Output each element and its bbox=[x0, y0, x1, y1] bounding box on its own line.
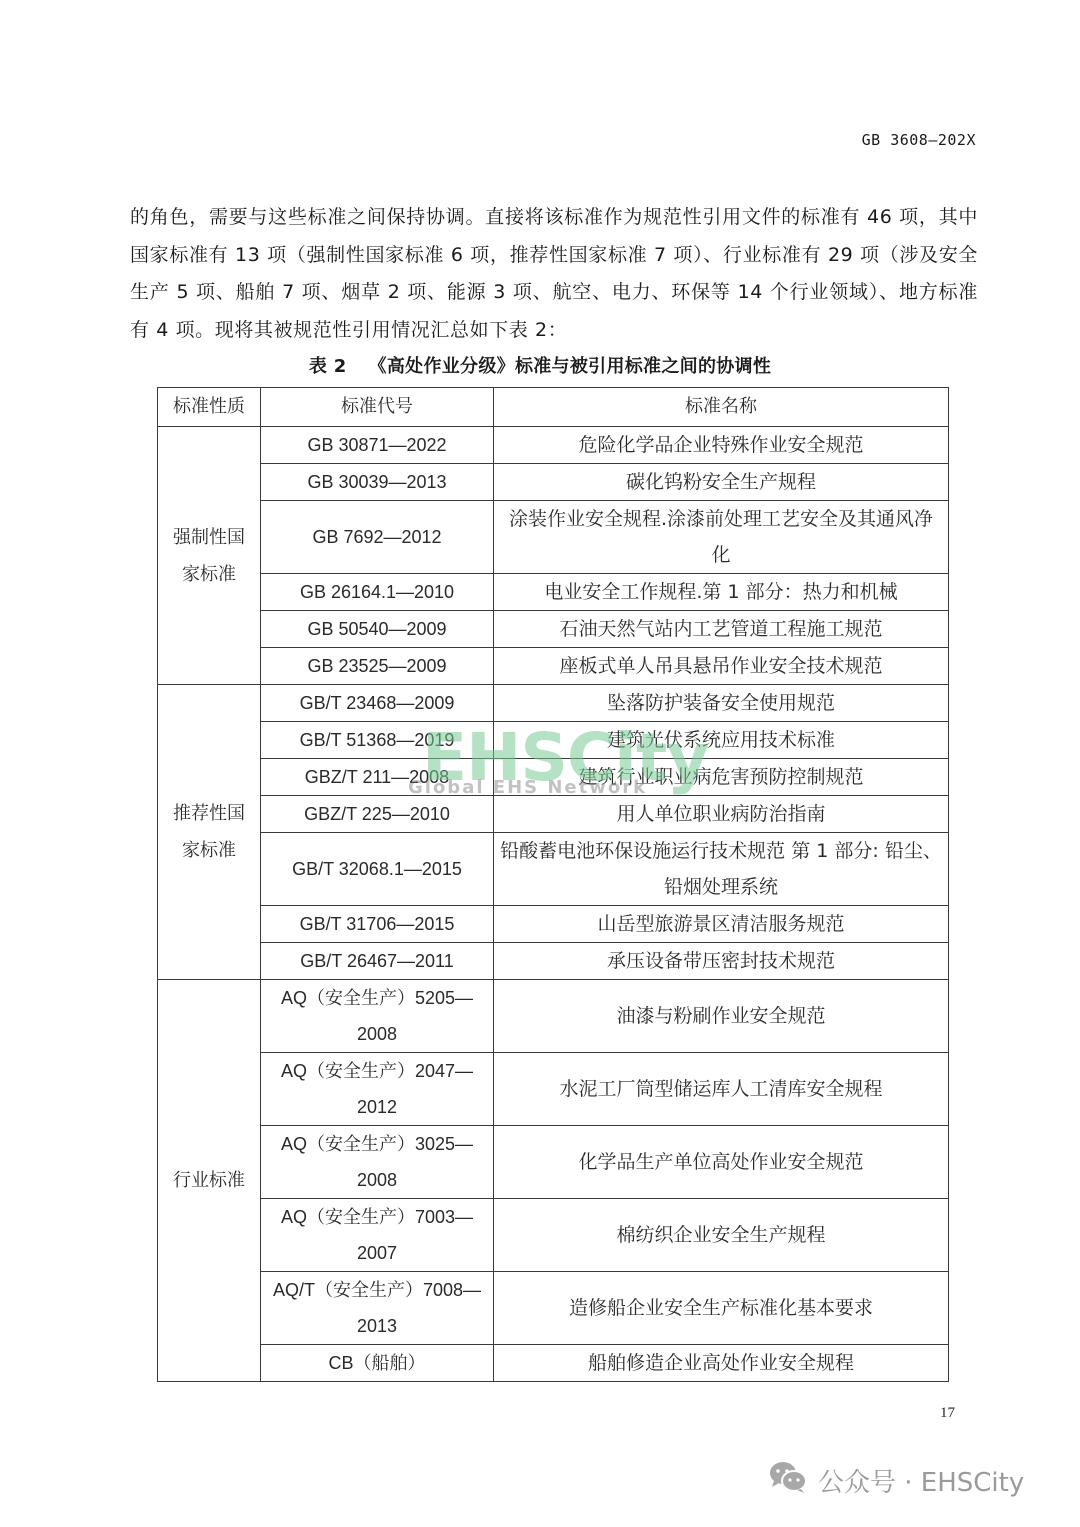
table-row: 行业标准 AQ（安全生产）5205—2008 油漆与粉刷作业安全规范 bbox=[158, 980, 949, 1053]
code-cell: GB/T 32068.1—2015 bbox=[261, 833, 494, 906]
code-cell: CB（船舶） bbox=[261, 1345, 494, 1382]
category-cell: 强制性国家标准 bbox=[158, 427, 261, 685]
table-row: GB/T 26467—2011 承压设备带压密封技术规范 bbox=[158, 943, 949, 980]
code-cell: AQ/T（安全生产）7008—2013 bbox=[261, 1272, 494, 1345]
name-cell: 石油天然气站内工艺管道工程施工规范 bbox=[494, 611, 949, 648]
wechat-icon bbox=[768, 1460, 818, 1501]
name-cell: 造修船企业安全生产标准化基本要求 bbox=[494, 1272, 949, 1345]
table-row: GB/T 31706—2015 山岳型旅游景区清洁服务规范 bbox=[158, 906, 949, 943]
table-row: GBZ/T 211—2008 建筑行业职业病危害预防控制规范 bbox=[158, 759, 949, 796]
body-paragraph: 的角色，需要与这些标准之间保持协调。直接将该标准作为规范性引用文件的标准有 46… bbox=[130, 199, 978, 349]
code-cell: GB/T 23468—2009 bbox=[261, 685, 494, 722]
table-row: AQ（安全生产）2047—2012 水泥工厂筒型储运库人工清库安全规程 bbox=[158, 1053, 949, 1126]
table-row: 强制性国家标准 GB 30871—2022 危险化学品企业特殊作业安全规范 bbox=[158, 427, 949, 464]
name-cell: 用人单位职业病防治指南 bbox=[494, 796, 949, 833]
code-cell: GBZ/T 211—2008 bbox=[261, 759, 494, 796]
table-caption-title: 《高处作业分级》标准与被引用标准之间的协调性 bbox=[369, 356, 772, 377]
code-cell: AQ（安全生产）7003—2007 bbox=[261, 1199, 494, 1272]
account-footer: 公众号 · EHSCity bbox=[768, 1460, 1024, 1501]
code-cell: GB 26164.1—2010 bbox=[261, 574, 494, 611]
table-caption-number: 表 2 bbox=[309, 356, 347, 377]
code-cell: GB/T 51368—2019 bbox=[261, 722, 494, 759]
name-cell: 船舶修造企业高处作业安全规程 bbox=[494, 1345, 949, 1382]
table-row: GB 26164.1—2010 电业安全工作规程.第 1 部分：热力和机械 bbox=[158, 574, 949, 611]
name-cell: 碳化钨粉安全生产规程 bbox=[494, 464, 949, 501]
table-row: GB 23525—2009 座板式单人吊具悬吊作业安全技术规范 bbox=[158, 648, 949, 685]
code-cell: AQ（安全生产）2047—2012 bbox=[261, 1053, 494, 1126]
name-cell: 电业安全工作规程.第 1 部分：热力和机械 bbox=[494, 574, 949, 611]
document-id: GB 3608—202X bbox=[862, 131, 976, 149]
name-cell: 座板式单人吊具悬吊作业安全技术规范 bbox=[494, 648, 949, 685]
table-row: GB 50540—2009 石油天然气站内工艺管道工程施工规范 bbox=[158, 611, 949, 648]
table-row: 推荐性国家标准 GB/T 23468—2009 坠落防护装备安全使用规范 bbox=[158, 685, 949, 722]
code-cell: GB 23525—2009 bbox=[261, 648, 494, 685]
table-caption: 表 2《高处作业分级》标准与被引用标准之间的协调性 bbox=[0, 352, 1080, 378]
name-cell: 涂装作业安全规程.涂漆前处理工艺安全及其通风净化 bbox=[494, 501, 949, 574]
table-row: GB/T 51368—2019 建筑光伏系统应用技术标准 bbox=[158, 722, 949, 759]
name-cell: 承压设备带压密封技术规范 bbox=[494, 943, 949, 980]
header-category: 标准性质 bbox=[158, 388, 261, 427]
name-cell: 铅酸蓄电池环保设施运行技术规范 第 1 部分: 铅尘、铅烟处理系统 bbox=[494, 833, 949, 906]
code-cell: GB 30039—2013 bbox=[261, 464, 494, 501]
name-cell: 水泥工厂筒型储运库人工清库安全规程 bbox=[494, 1053, 949, 1126]
name-cell: 山岳型旅游景区清洁服务规范 bbox=[494, 906, 949, 943]
code-cell: GB 30871—2022 bbox=[261, 427, 494, 464]
table-row: AQ（安全生产）3025—2008 化学品生产单位高处作业安全规范 bbox=[158, 1126, 949, 1199]
table-row: CB（船舶） 船舶修造企业高处作业安全规程 bbox=[158, 1345, 949, 1382]
table-row: GB 7692—2012 涂装作业安全规程.涂漆前处理工艺安全及其通风净化 bbox=[158, 501, 949, 574]
header-name: 标准名称 bbox=[494, 388, 949, 427]
table-row: GB 30039—2013 碳化钨粉安全生产规程 bbox=[158, 464, 949, 501]
code-cell: GB/T 31706—2015 bbox=[261, 906, 494, 943]
name-cell: 建筑光伏系统应用技术标准 bbox=[494, 722, 949, 759]
code-cell: GB/T 26467—2011 bbox=[261, 943, 494, 980]
name-cell: 坠落防护装备安全使用规范 bbox=[494, 685, 949, 722]
name-cell: 化学品生产单位高处作业安全规范 bbox=[494, 1126, 949, 1199]
table-row: AQ（安全生产）7003—2007 棉纺织企业安全生产规程 bbox=[158, 1199, 949, 1272]
table-row: AQ/T（安全生产）7008—2013 造修船企业安全生产标准化基本要求 bbox=[158, 1272, 949, 1345]
code-cell: GB 7692—2012 bbox=[261, 501, 494, 574]
standards-table: 标准性质 标准代号 标准名称 强制性国家标准 GB 30871—2022 危险化… bbox=[157, 387, 949, 1382]
account-name: 公众号 · EHSCity bbox=[818, 1462, 1024, 1499]
page-number: 17 bbox=[940, 1405, 955, 1422]
code-cell: GB 50540—2009 bbox=[261, 611, 494, 648]
code-cell: GBZ/T 225—2010 bbox=[261, 796, 494, 833]
table-header-row: 标准性质 标准代号 标准名称 bbox=[158, 388, 949, 427]
category-cell: 推荐性国家标准 bbox=[158, 685, 261, 980]
header-code: 标准代号 bbox=[261, 388, 494, 427]
category-cell: 行业标准 bbox=[158, 980, 261, 1382]
name-cell: 油漆与粉刷作业安全规范 bbox=[494, 980, 949, 1053]
table-row: GB/T 32068.1—2015 铅酸蓄电池环保设施运行技术规范 第 1 部分… bbox=[158, 833, 949, 906]
name-cell: 危险化学品企业特殊作业安全规范 bbox=[494, 427, 949, 464]
code-cell: AQ（安全生产）3025—2008 bbox=[261, 1126, 494, 1199]
code-cell: AQ（安全生产）5205—2008 bbox=[261, 980, 494, 1053]
table-row: GBZ/T 225—2010 用人单位职业病防治指南 bbox=[158, 796, 949, 833]
name-cell: 建筑行业职业病危害预防控制规范 bbox=[494, 759, 949, 796]
name-cell: 棉纺织企业安全生产规程 bbox=[494, 1199, 949, 1272]
